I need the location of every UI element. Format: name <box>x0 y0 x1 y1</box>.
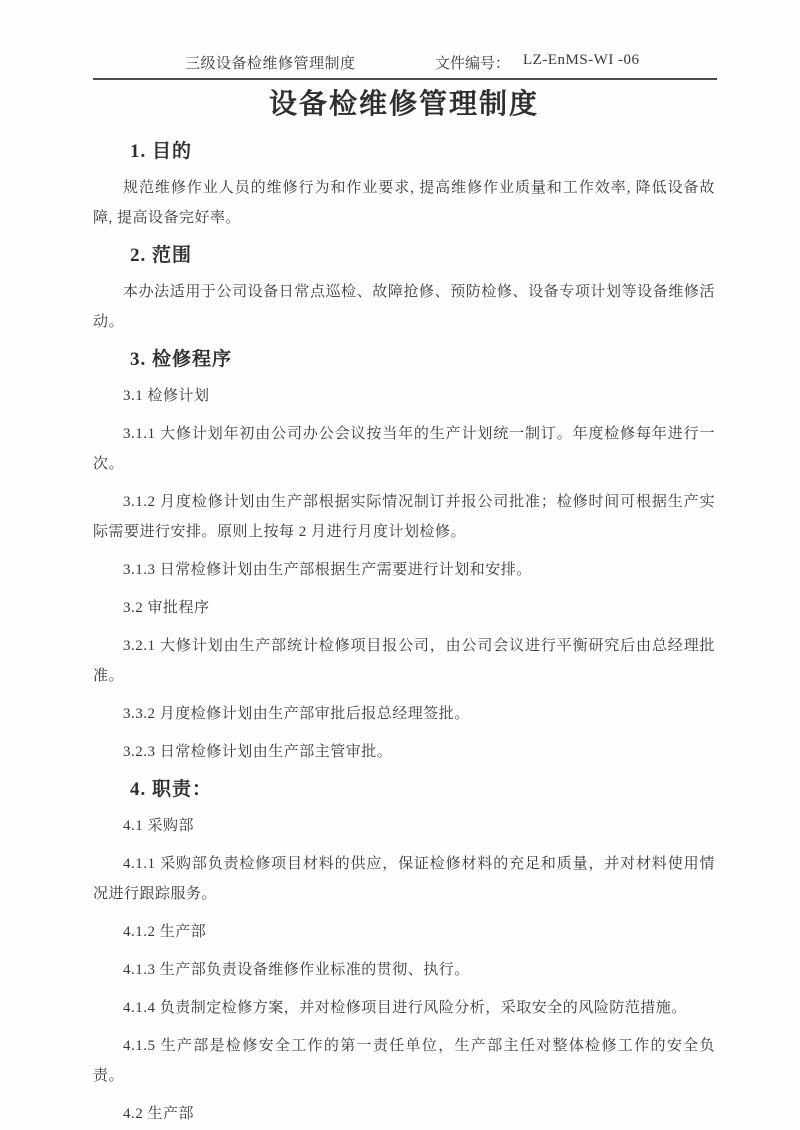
document-page: 三级设备检维修管理制度 文件编号： LZ-EnMS-WI -06 设备检维修管理… <box>0 0 800 1130</box>
paragraph: 3.2 审批程序 <box>93 593 715 623</box>
section-heading: 3. 检修程序 <box>130 345 715 375</box>
section-heading: 1. 目的 <box>130 137 715 167</box>
section-heading: 2. 范围 <box>130 241 715 271</box>
paragraph: 本办法适用于公司设备日常点巡检、故障抢修、预防检修、设备专项计划等设备维修活动。 <box>93 277 715 337</box>
paragraph: 3.1 检修计划 <box>93 381 715 411</box>
paragraph: 3.1.2 月度检修计划由生产部根据实际情况制订并报公司批准；检修时间可根据生产… <box>93 487 715 547</box>
header-doc-number-label: 文件编号： <box>435 52 510 73</box>
paragraph: 3.3.2 月度检修计划由生产部审批后报总经理签批。 <box>93 699 715 729</box>
paragraph: 3.2.1 大修计划由生产部统计检修项目报公司，由公司会议进行平衡研究后由总经理… <box>93 631 715 691</box>
paragraph: 规范维修作业人员的维修行为和作业要求, 提高维修作业质量和工作效率, 降低设备故… <box>93 173 715 233</box>
paragraph: 4.2 生产部 <box>93 1099 715 1129</box>
paragraph: 4.1 采购部 <box>93 811 715 841</box>
paragraph: 4.1.1 采购部负责检修项目材料的供应，保证检修材料的充足和质量，并对材料使用… <box>93 849 715 909</box>
paragraph: 4.1.5 生产部是检修安全工作的第一责任单位，生产部主任对整体检修工作的安全负… <box>93 1031 715 1091</box>
header-doc-title: 三级设备检维修管理制度 <box>185 52 356 73</box>
paragraph: 4.1.3 生产部负责设备维修作业标准的贯彻、执行。 <box>93 955 715 985</box>
paragraph: 4.1.2 生产部 <box>93 917 715 947</box>
paragraph: 4.1.4 负责制定检修方案，并对检修项目进行风险分析，采取安全的风险防范措施。 <box>93 993 715 1023</box>
page-title: 设备检维修管理制度 <box>93 87 715 123</box>
paragraph: 3.1.3 日常检修计划由生产部根据生产需要进行计划和安排。 <box>93 555 715 585</box>
paragraph: 3.1.1 大修计划年初由公司办公会议按当年的生产计划统一制订。年度检修每年进行… <box>93 419 715 479</box>
section-heading: 4. 职责： <box>130 775 715 805</box>
paragraph: 3.2.3 日常检修计划由生产部主管审批。 <box>93 737 715 767</box>
header-doc-number: LZ-EnMS-WI -06 <box>523 52 640 69</box>
document-body: 设备检维修管理制度 1. 目的规范维修作业人员的维修行为和作业要求, 提高维修作… <box>93 77 715 1130</box>
